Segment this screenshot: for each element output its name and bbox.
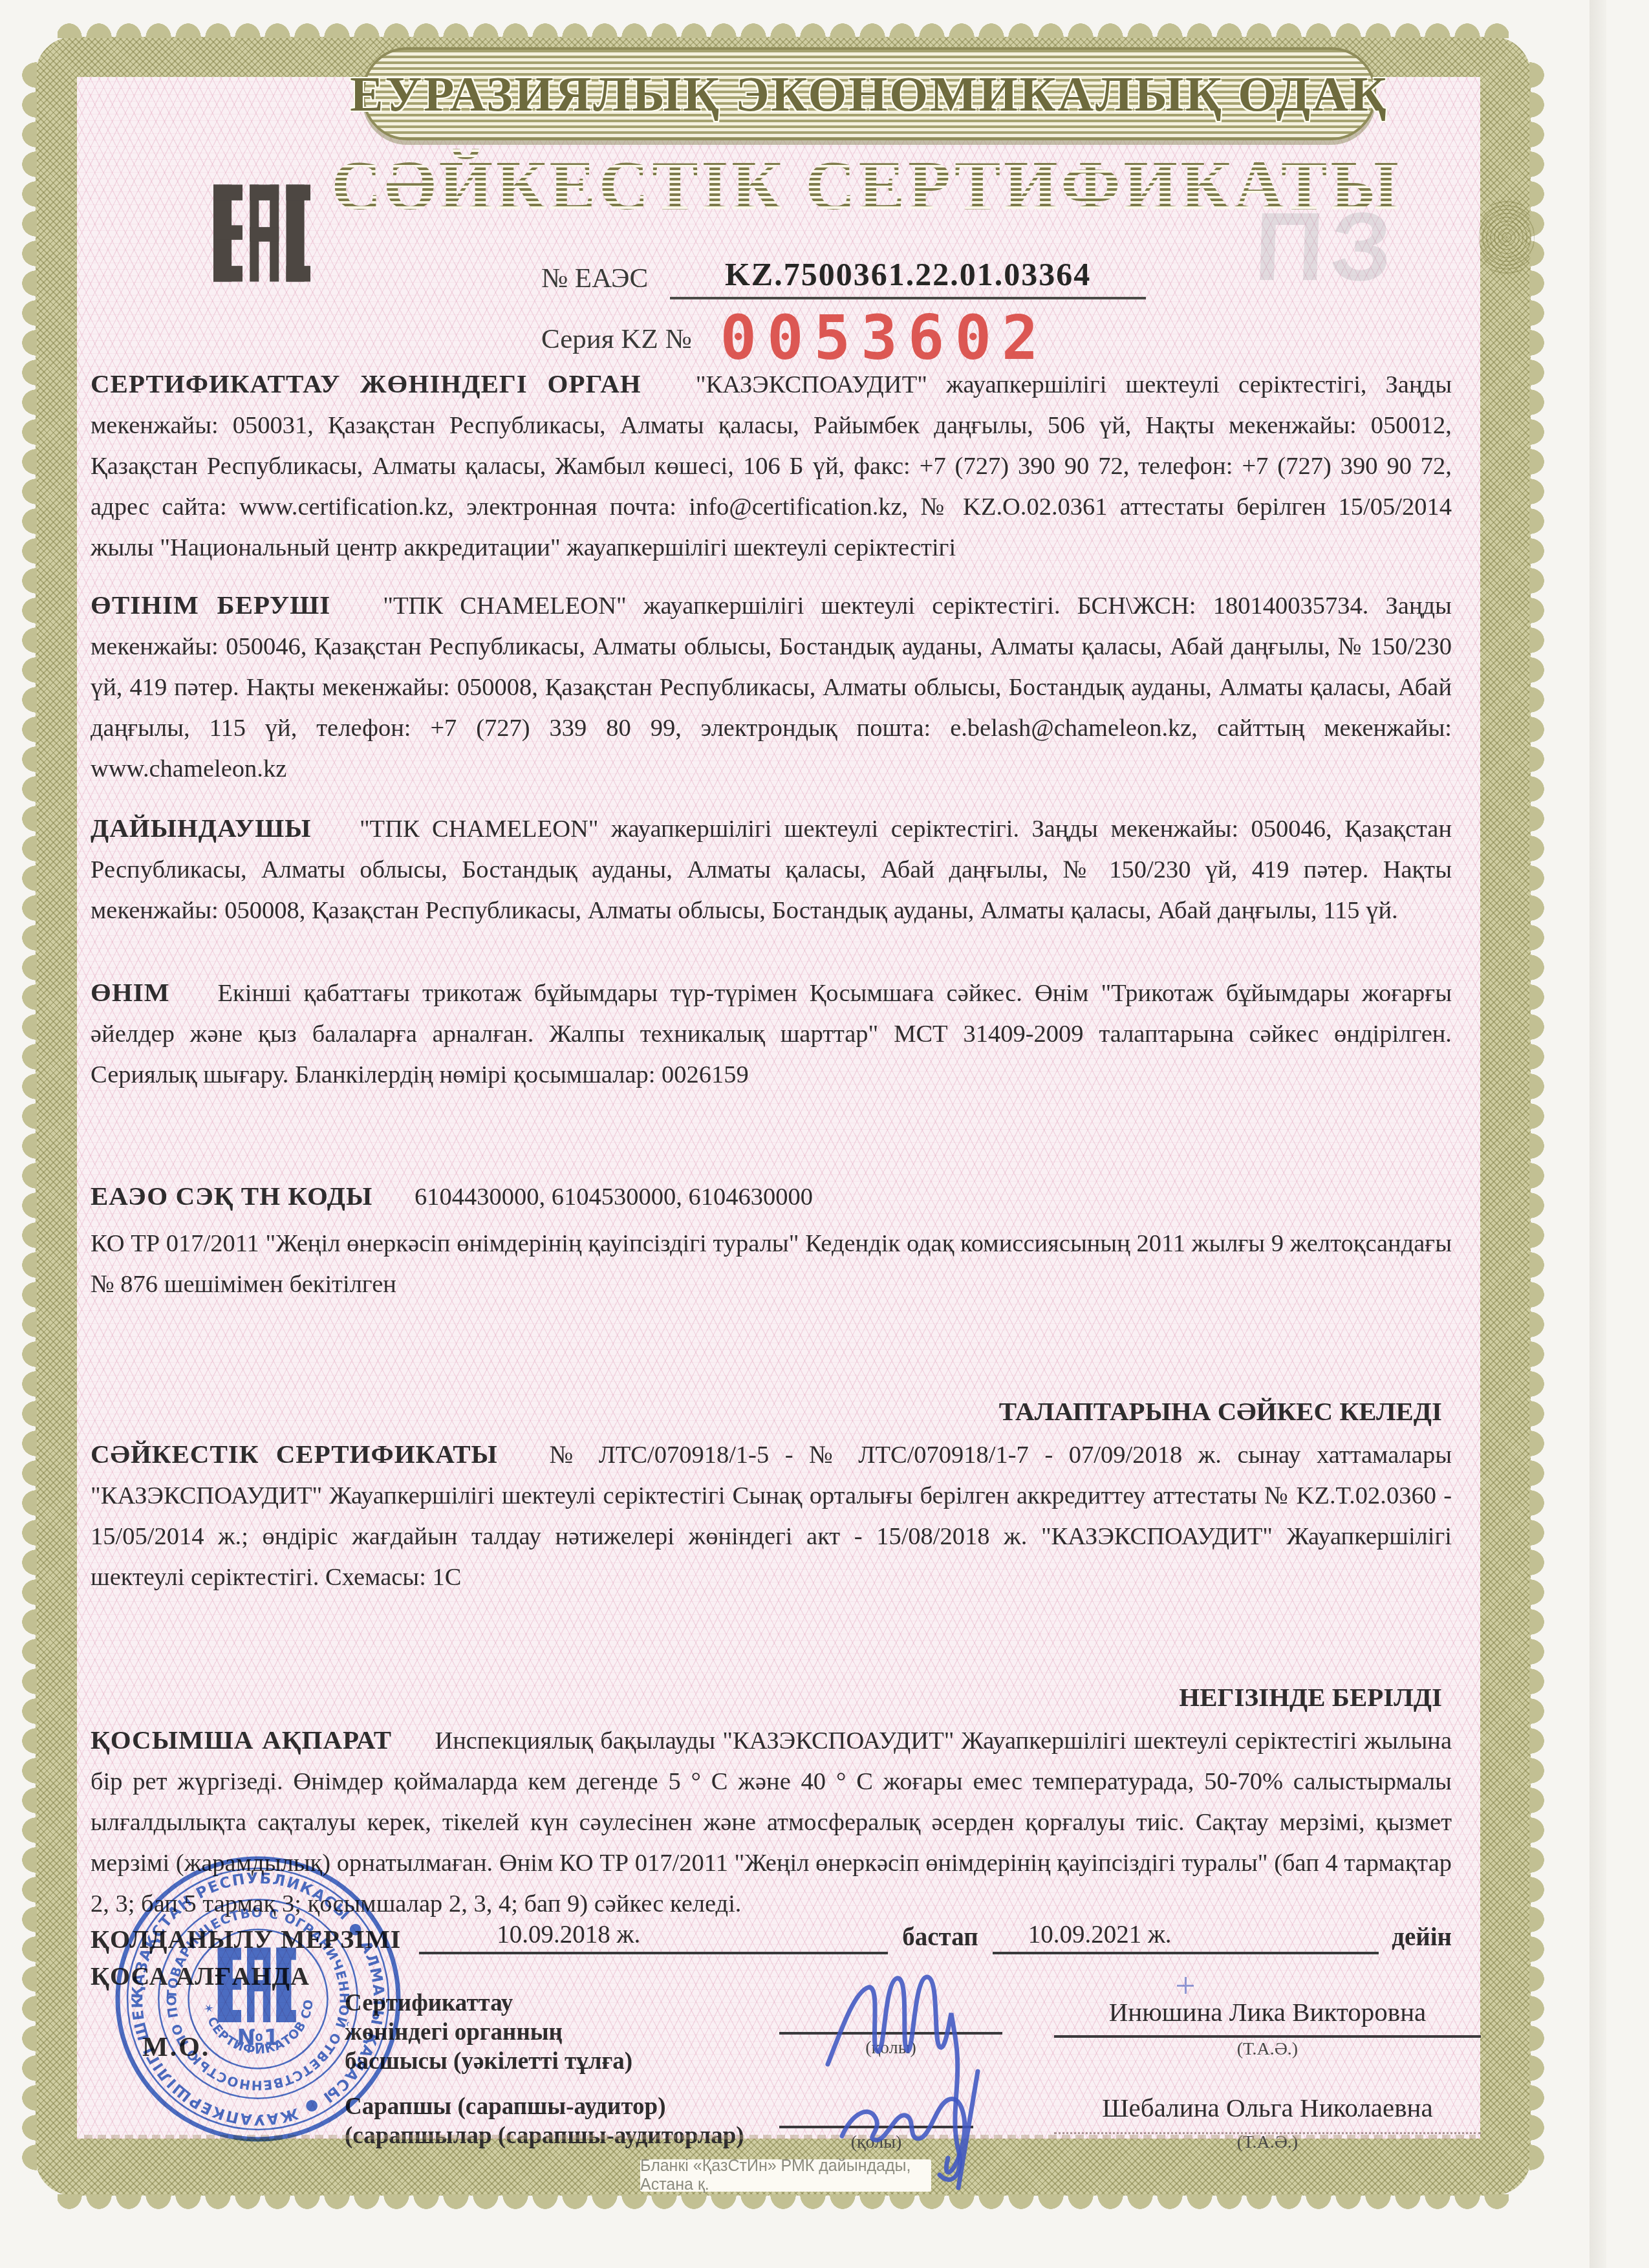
union-title: ЕУРАЗИЯЛЫҚ ЭКОНОМИКАЛЫҚ ОДАҚ	[350, 65, 1388, 123]
section-tn-ved-code: ЕАЭО СЭҚ ТН КОДЫ 6104430000, 6104530000,…	[91, 1176, 1452, 1218]
certificate-body: СЕРТИФИКАТТАУ ЖӨНІНДЕГІ ОРГАН "КАЗЭКСПОА…	[91, 363, 1452, 1925]
section-applicant-label: ӨТІНІМ БЕРУШІ	[91, 590, 366, 620]
stamp-center-number: №1	[237, 2025, 279, 2051]
scallop-border-left	[22, 59, 37, 2174]
head-name-caption: (Т.А.Ә.)	[1054, 2039, 1481, 2060]
expert-role-line-1: Сарапшы (сарапшы-аудитор)	[345, 2092, 759, 2121]
union-title-banner: ЕУРАЗИЯЛЫҚ ЭКОНОМИКАЛЫҚ ОДАҚ	[362, 47, 1376, 140]
heading-meets-requirements: ТАЛАПТАРЫНА СӘЙКЕС КЕЛЕДІ	[91, 1395, 1452, 1427]
section-certification-body-text: "КАЗЭКСПОАУДИТ" жауапкершілігі шектеулі …	[91, 371, 1452, 561]
scanned-certificate-page: { "certificate": { "union_title": "ЕУРАЗ…	[0, 0, 1649, 2268]
round-stamp: ҚАЗАҚСТАН РЕСПУБЛИКАСЫ ● АЛМАТЫ ҚАЛАСЫ ●…	[112, 1853, 404, 2145]
section-product: ӨНІМ Екінші қабаттағы трикотаж бұйымдары…	[91, 972, 1452, 1096]
section-applicant: ӨТІНІМ БЕРУШІ "ТПК CHAMELEON" жауапкерші…	[91, 585, 1452, 790]
certificate-number-row: № ЕАЭС KZ.7500361.22.01.03364	[541, 255, 1146, 299]
section-product-label: ӨНІМ	[91, 977, 205, 1007]
scallop-border-top	[58, 23, 1509, 38]
section-manufacturer: ДАЙЫНДАУШЫ "ТПК CHAMELEON" жауапкершіліг…	[91, 808, 1452, 931]
expert-name: Шебалина Ольга Николаевна	[1054, 2092, 1481, 2134]
section-tn-ved-code-label: ЕАЭО СЭҚ ТН КОДЫ	[91, 1181, 408, 1211]
section-conformity-certificate: СӘЙКЕСТІК СЕРТИФИКАТЫ № ЛТС/070918/1-5 -…	[91, 1434, 1452, 1598]
heading-issued-on-basis: НЕГІЗІНДЕ БЕРІЛДІ	[91, 1681, 1452, 1713]
section-conformity-certificate-label: СӘЙКЕСТІК СЕРТИФИКАТЫ	[91, 1439, 533, 1469]
section-technical-regulation-text: КО ТР 017/2011 "Жеңіл өнеркәсіп өнімдері…	[91, 1230, 1452, 1298]
section-applicant-text: "ТПК CHAMELEON" жауапкершілігі шектеулі …	[91, 592, 1452, 783]
certificate-sheet: ЕУРАЗИЯЛЫҚ ЭКОНОМИКАЛЫҚ ОДАҚ СӘЙКЕСТІК С…	[36, 37, 1531, 2196]
scallop-border-right	[1529, 59, 1544, 2174]
eac-mark-logo: ЕАС	[213, 183, 310, 283]
scan-paper-edge-shadow	[1590, 0, 1606, 2268]
series-label: Серия KZ №	[541, 323, 691, 355]
series-number: 0053602	[720, 308, 1048, 369]
ink-mark	[1177, 1977, 1194, 1994]
certificate-number-value: KZ.7500361.22.01.03364	[670, 255, 1146, 299]
head-name: Инюшина Лика Викторовна	[1054, 1996, 1481, 2038]
expert-signature-ink	[815, 2060, 1061, 2199]
section-certification-body-label: СЕРТИФИКАТТАУ ЖӨНІНДЕГІ ОРГАН	[91, 369, 677, 398]
section-tn-ved-code-text: 6104430000, 6104530000, 6104630000	[415, 1183, 813, 1211]
scallop-border-bottom	[58, 2194, 1509, 2209]
section-product-text: Екінші қабаттағы трикотаж бұйымдары түр-…	[91, 980, 1452, 1088]
border-ornament	[1479, 199, 1535, 276]
validity-end-word: дейін	[1379, 1923, 1452, 1954]
section-additional-information-label: ҚОСЫМША АҚПАРАТ	[91, 1725, 427, 1755]
expert-role: Сарапшы (сарапшы-аудитор) (сарапшылар (с…	[345, 2092, 759, 2150]
eac-mark-glyphs	[213, 183, 310, 283]
certificate-number-label: № ЕАЭС	[541, 263, 648, 299]
section-certification-body: СЕРТИФИКАТТАУ ЖӨНІНДЕГІ ОРГАН "КАЗЭКСПОА…	[91, 363, 1452, 568]
stamp-center-eac-glyphs	[218, 1948, 296, 2022]
section-technical-regulation: КО ТР 017/2011 "Жеңіл өнеркәсіп өнімдері…	[91, 1224, 1452, 1305]
ghost-watermark: ПЗ	[1253, 191, 1400, 303]
series-row: Серия KZ № 0053602	[541, 308, 1049, 369]
section-manufacturer-label: ДАЙЫНДАУШЫ	[91, 813, 347, 843]
